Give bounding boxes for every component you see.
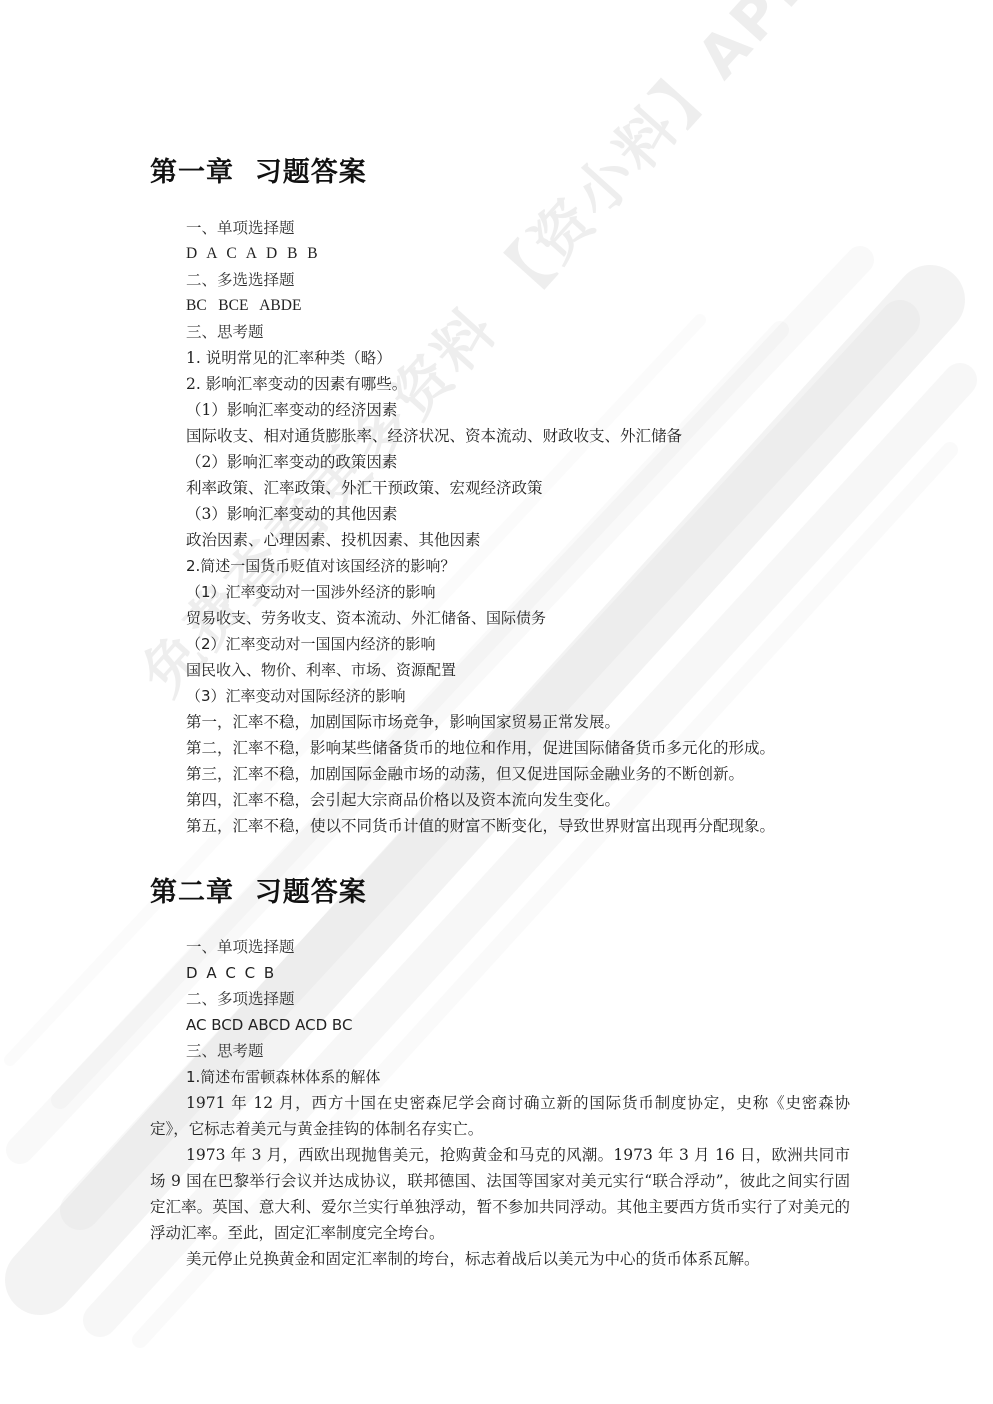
subheading-external-economy: （1）汇率变动对一国涉外经济的影响 bbox=[186, 582, 436, 602]
ch2-single-choice-answers: D A C C B bbox=[186, 963, 276, 983]
chapter-2-title: 第二章 习题答案 bbox=[150, 870, 367, 909]
section-thinking-heading: 三、思考题 bbox=[186, 322, 264, 342]
external-economy-list: 贸易收支、劳务收支、资本流动、外汇储备、国际债务 bbox=[186, 608, 546, 628]
point-second: 第二，汇率不稳，影响某些储备货币的地位和作用，促进国际储备货币多元化的形成。 bbox=[186, 738, 775, 758]
chapter-1-title: 第一章 习题答案 bbox=[150, 150, 367, 189]
point-third: 第三，汇率不稳，加剧国际金融市场的动荡，但又促进国际金融业务的不断创新。 bbox=[186, 764, 744, 784]
subheading-policy-factors: （2）影响汇率变动的政策因素 bbox=[186, 452, 397, 472]
question-2b: 2.简述一国货币贬值对该国经济的影响？ bbox=[186, 556, 455, 576]
ch2-paragraph-conclusion: 美元停止兑换黄金和固定汇率制的垮台，标志着战后以美元为中心的货币体系瓦解。 bbox=[150, 1246, 850, 1272]
question-2: 2. 影响汇率变动的因素有哪些。 bbox=[186, 374, 407, 394]
ch2-multi-choice-answers: AC BCD ABCD ACD BC bbox=[186, 1015, 352, 1035]
question-1: 1. 说明常见的汇率种类（略） bbox=[186, 348, 392, 368]
subheading-other-factors: （3）影响汇率变动的其他因素 bbox=[186, 504, 397, 524]
point-fourth: 第四，汇率不稳，会引起大宗商品价格以及资本流向发生变化。 bbox=[186, 790, 620, 810]
section-single-choice-heading: 一、单项选择题 bbox=[186, 218, 295, 238]
ch2-paragraph-1973: 1973 年 3 月，西欧出现抛售美元，抢购黄金和马克的风潮。1973 年 3 … bbox=[150, 1142, 850, 1246]
point-first: 第一，汇率不稳，加剧国际市场竞争，影响国家贸易正常发展。 bbox=[186, 712, 620, 732]
ch2-section-multi-choice-heading: 二、多项选择题 bbox=[186, 989, 295, 1009]
ch2-section-single-choice-heading: 一、单项选择题 bbox=[186, 937, 295, 957]
subheading-international-economy: （3）汇率变动对国际经济的影响 bbox=[186, 686, 406, 706]
point-fifth: 第五，汇率不稳，使以不同货币计值的财富不断变化，导致世界财富出现再分配现象。 bbox=[186, 816, 775, 836]
ch2-section-thinking-heading: 三、思考题 bbox=[186, 1041, 264, 1061]
economic-factors-list: 国际收支、相对通货膨胀率、经济状况、资本流动、财政收支、外汇储备 bbox=[186, 426, 682, 446]
subheading-domestic-economy: （2）汇率变动对一国国内经济的影响 bbox=[186, 634, 436, 654]
document-page: 免费查看更多资料 【资小料】APP 第一章 习题答案 一、单项选择题 D A C… bbox=[0, 0, 993, 1404]
ch2-question-1: 1.简述布雷顿森林体系的解体 bbox=[186, 1067, 380, 1087]
ch2-paragraph-1971: 1971 年 12 月，西方十国在史密森尼学会商讨确立新的国际货币制度协定，史称… bbox=[150, 1090, 850, 1142]
policy-factors-list: 利率政策、汇率政策、外汇干预政策、宏观经济政策 bbox=[186, 478, 543, 498]
single-choice-answers: D A C A D B B bbox=[186, 244, 321, 264]
multi-choice-answers: BC BCE ABDE bbox=[186, 296, 301, 316]
subheading-economic-factors: （1）影响汇率变动的经济因素 bbox=[186, 400, 397, 420]
other-factors-list: 政治因素、心理因素、投机因素、其他因素 bbox=[186, 530, 481, 550]
domestic-economy-list: 国民收入、物价、利率、市场、资源配置 bbox=[186, 660, 456, 680]
section-multi-choice-heading: 二、多选选择题 bbox=[186, 270, 295, 290]
